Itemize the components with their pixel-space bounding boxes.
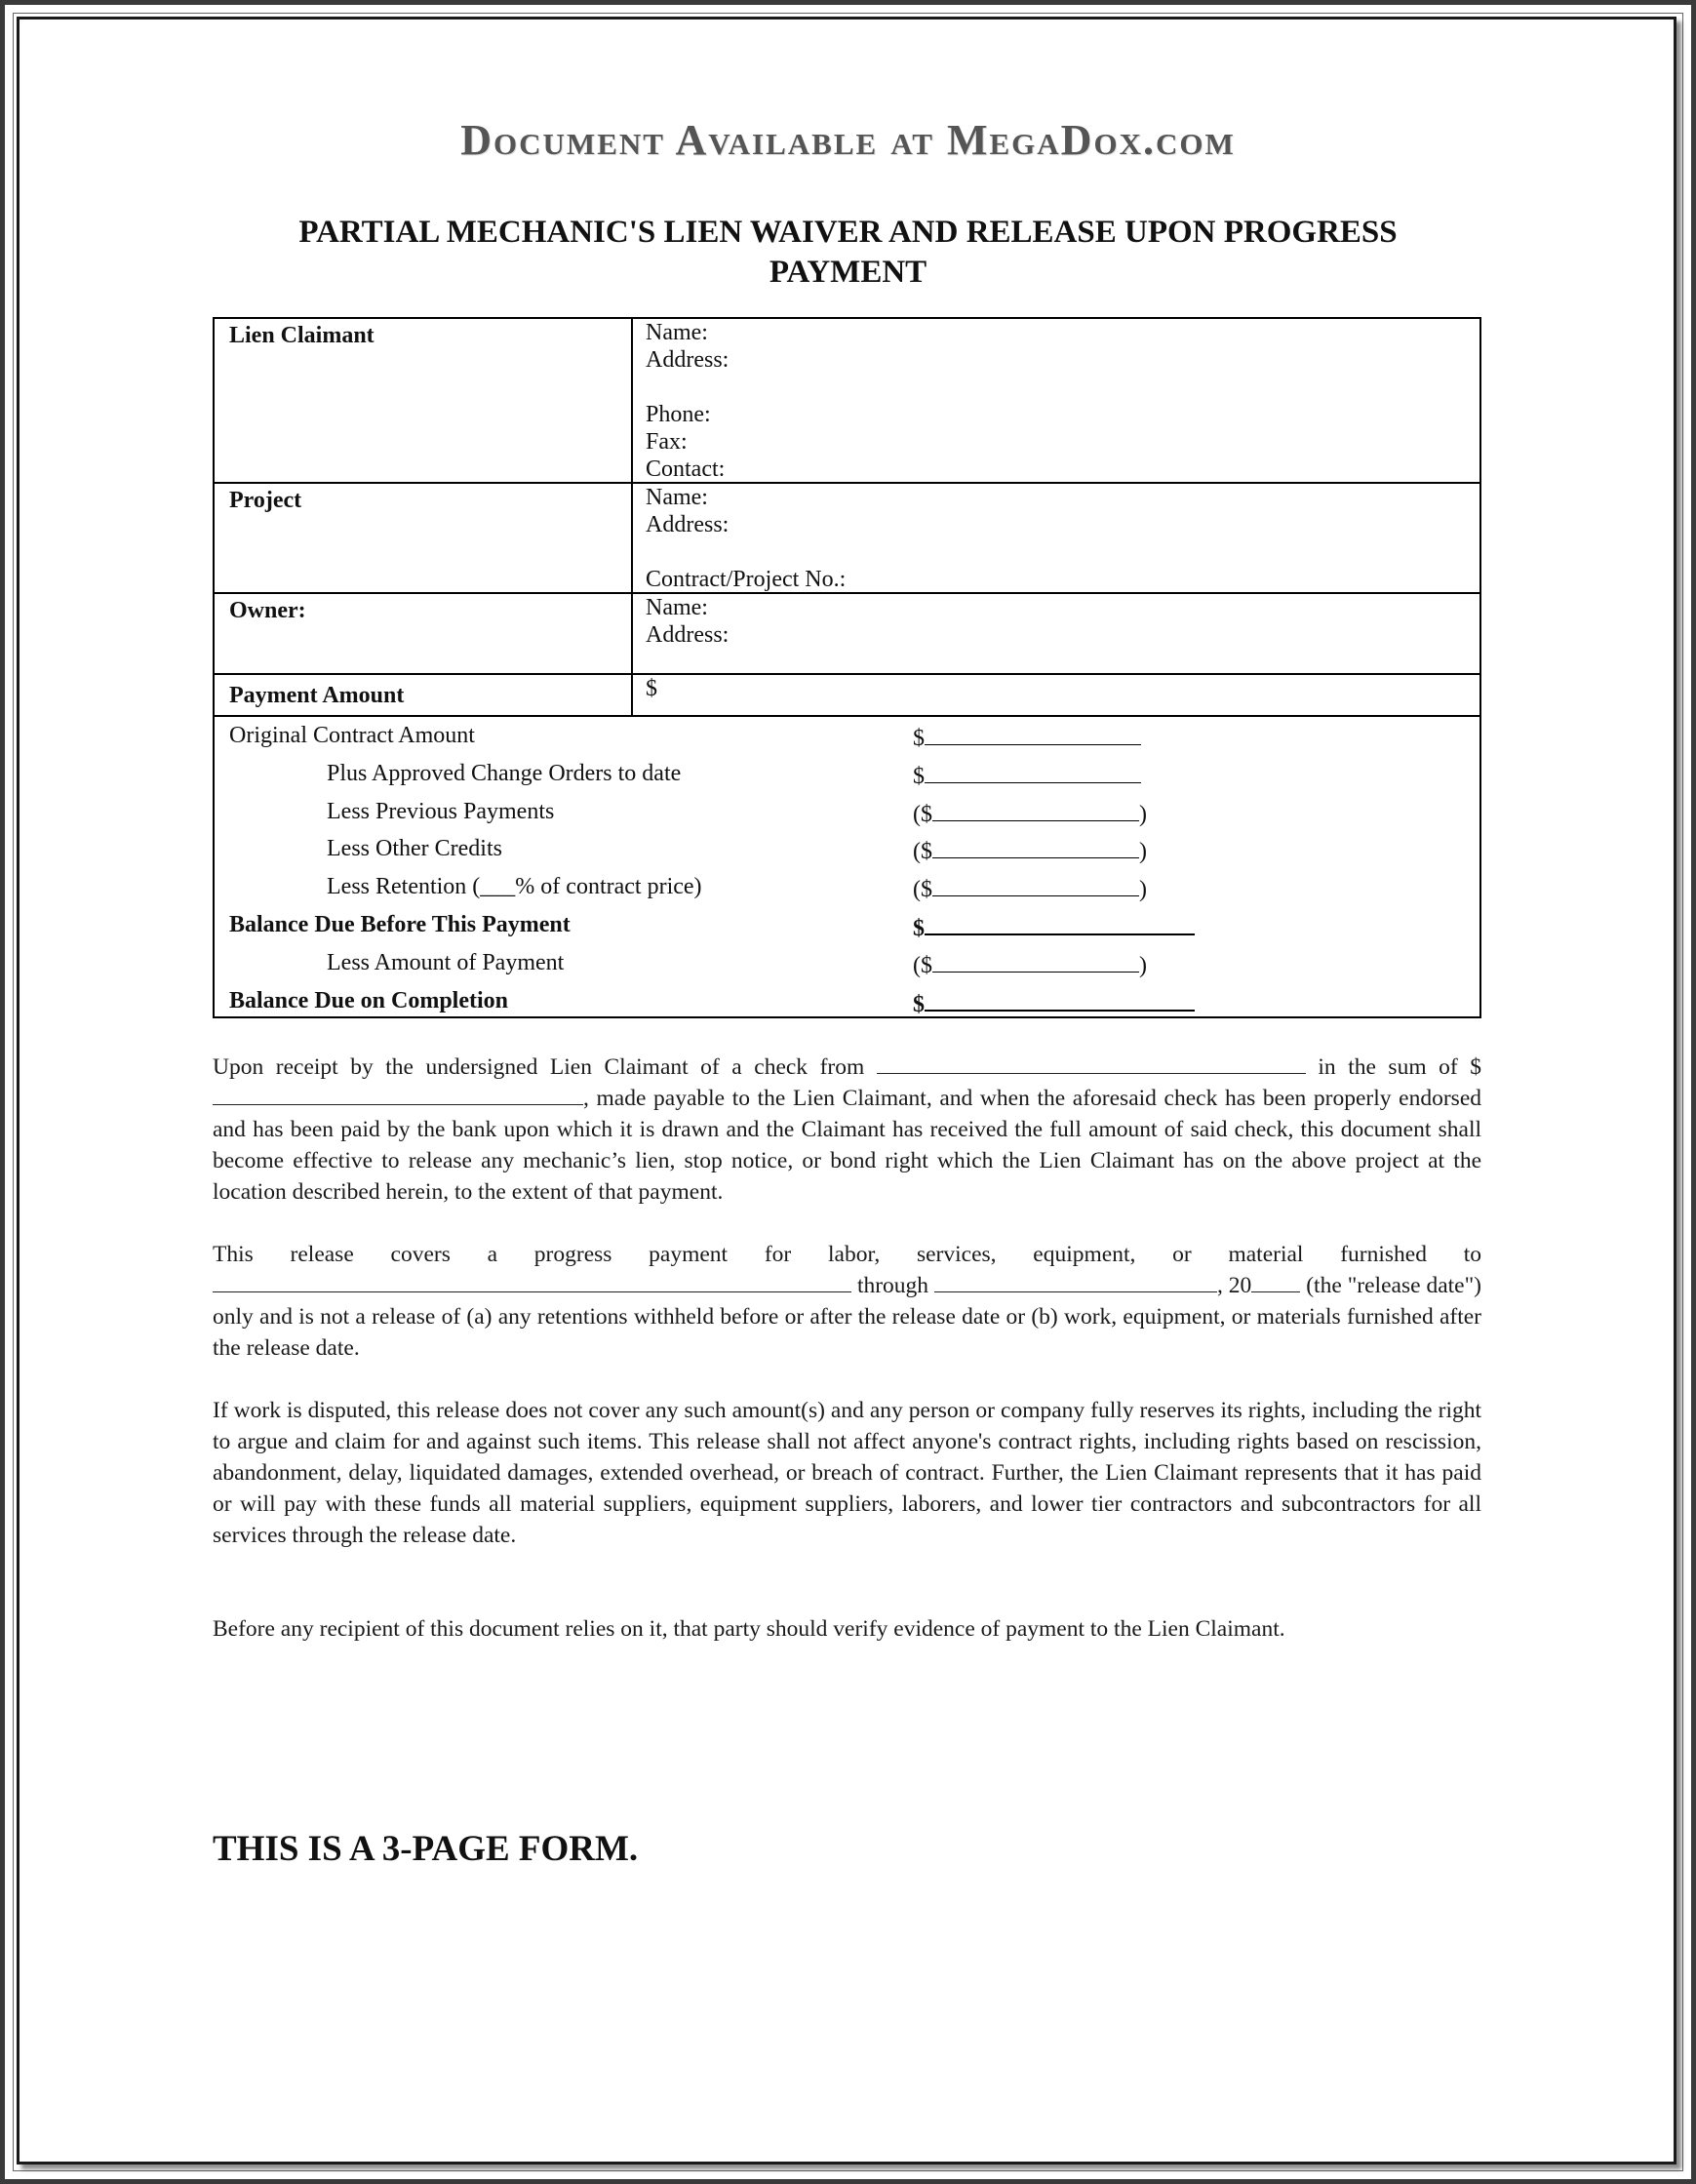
row-payment-amount: Payment Amount $ [215, 675, 1479, 717]
balance-row-amount[interactable]: $ [913, 988, 1195, 1018]
title-line-2: PAYMENT [0, 253, 1696, 293]
p1-text-b: in the sum of $ [1318, 1054, 1481, 1080]
balance-row-label: Less Other Credits [327, 836, 502, 862]
field-address[interactable]: Address: [646, 621, 1479, 649]
p1-text-a: Upon receipt by the undersigned Lien Cla… [213, 1054, 864, 1080]
balance-row: Less Previous Payments($) [215, 795, 1479, 833]
field-spacer [646, 374, 1479, 401]
currency-suffix: ) [1139, 953, 1147, 978]
project-fields: Name: Address: Contract/Project No.: [631, 484, 1479, 592]
amount-blank[interactable] [925, 912, 1195, 935]
field-contact[interactable]: Contact: [646, 456, 1479, 483]
label-project: Project [229, 488, 301, 514]
balance-row: Less Retention (___% of contract price)(… [215, 870, 1479, 908]
field-name[interactable]: Name: [646, 319, 1479, 346]
p2-text-b: through [857, 1273, 928, 1298]
amount-blank[interactable] [925, 723, 1141, 745]
payment-amount-field: $ [631, 675, 1479, 715]
balance-row: Plus Approved Change Orders to date$ [215, 757, 1479, 795]
balance-row: Less Other Credits($) [215, 832, 1479, 870]
lien-claimant-fields: Name: Address: Phone: Fax: Contact: [631, 319, 1479, 482]
field-address[interactable]: Address: [646, 511, 1479, 538]
field-address[interactable]: Address: [646, 346, 1479, 374]
balance-row-amount[interactable]: ($) [913, 836, 1147, 865]
sum-amount-blank[interactable] [213, 1085, 583, 1105]
through-date-blank[interactable] [934, 1272, 1217, 1292]
row-lien-claimant: Lien Claimant Name: Address: Phone: Fax:… [215, 319, 1479, 484]
watermark-banner: Document Available at MegaDox.com [0, 115, 1696, 165]
balance-row-label: Less Previous Payments [327, 799, 554, 825]
title-line-1: PARTIAL MECHANIC'S LIEN WAIVER AND RELEA… [0, 213, 1696, 253]
field-fax[interactable]: Fax: [646, 428, 1479, 456]
currency-suffix: ) [1139, 802, 1147, 827]
balance-row: Balance Due Before This Payment$ [215, 908, 1479, 946]
amount-blank[interactable] [932, 874, 1139, 896]
balance-row: Balance Due on Completion$ [215, 984, 1479, 1022]
currency-prefix: ($ [913, 877, 932, 902]
paragraph-disputed-work: If work is disputed, this release does n… [213, 1395, 1481, 1551]
paragraph-coverage: This release covers a progress payment f… [213, 1239, 1481, 1364]
currency-prefix: $ [913, 764, 925, 789]
balance-row-amount[interactable]: ($) [913, 950, 1147, 979]
label-payment-amount: Payment Amount [229, 683, 404, 709]
balance-section: Original Contract Amount$Plus Approved C… [215, 717, 1479, 1019]
balance-row-label: Less Retention (___% of contract price) [327, 874, 702, 900]
field-payment-amount[interactable]: $ [646, 675, 1479, 702]
currency-prefix: $ [913, 992, 925, 1017]
currency-suffix: ) [1139, 839, 1147, 864]
label-lien-claimant: Lien Claimant [229, 323, 375, 349]
paragraph-verification: Before any recipient of this document re… [213, 1613, 1481, 1645]
amount-blank[interactable] [932, 799, 1139, 821]
amount-blank[interactable] [932, 950, 1139, 973]
balance-row-label: Balance Due Before This Payment [229, 912, 571, 938]
balance-row-amount[interactable]: ($) [913, 799, 1147, 828]
row-project: Project Name: Address: Contract/Project … [215, 484, 1479, 594]
balance-row-label: Less Amount of Payment [327, 950, 564, 976]
p2-text-c: , 20 [1217, 1273, 1251, 1298]
currency-prefix: ($ [913, 802, 932, 827]
currency-prefix: ($ [913, 839, 932, 864]
field-contract-project-no[interactable]: Contract/Project No.: [646, 566, 1479, 593]
field-name[interactable]: Name: [646, 484, 1479, 511]
field-name[interactable]: Name: [646, 594, 1479, 621]
balance-row-label: Balance Due on Completion [229, 988, 508, 1014]
paragraph-receipt: Upon receipt by the undersigned Lien Cla… [213, 1052, 1481, 1208]
currency-prefix: $ [913, 916, 925, 941]
balance-row-amount[interactable]: $ [913, 723, 1141, 752]
year-blank[interactable] [1251, 1272, 1300, 1292]
currency-prefix: ($ [913, 953, 932, 978]
field-phone[interactable]: Phone: [646, 401, 1479, 428]
lien-form-table: Lien Claimant Name: Address: Phone: Fax:… [213, 317, 1481, 1018]
amount-blank[interactable] [925, 988, 1195, 1012]
balance-row: Less Amount of Payment($) [215, 946, 1479, 984]
row-owner: Owner: Name: Address: [215, 594, 1479, 675]
furnished-to-blank[interactable] [213, 1272, 851, 1292]
page-count-note: THIS IS A 3-PAGE FORM. [213, 1828, 638, 1870]
balance-row-amount[interactable]: $ [913, 912, 1195, 942]
amount-blank[interactable] [925, 761, 1141, 783]
owner-fields: Name: Address: [631, 594, 1479, 673]
currency-prefix: $ [913, 726, 925, 751]
document-title: PARTIAL MECHANIC'S LIEN WAIVER AND RELEA… [0, 213, 1696, 293]
amount-blank[interactable] [932, 836, 1139, 858]
balance-row-label: Original Contract Amount [229, 723, 475, 749]
balance-row: Original Contract Amount$ [215, 719, 1479, 757]
check-from-blank[interactable] [877, 1053, 1306, 1074]
label-owner: Owner: [229, 598, 306, 624]
balance-row-label: Plus Approved Change Orders to date [327, 761, 681, 787]
currency-suffix: ) [1139, 877, 1147, 902]
p2-text-a: This release covers a progress payment f… [213, 1242, 1481, 1267]
balance-row-amount[interactable]: $ [913, 761, 1141, 790]
balance-row-amount[interactable]: ($) [913, 874, 1147, 903]
field-spacer [646, 538, 1479, 566]
